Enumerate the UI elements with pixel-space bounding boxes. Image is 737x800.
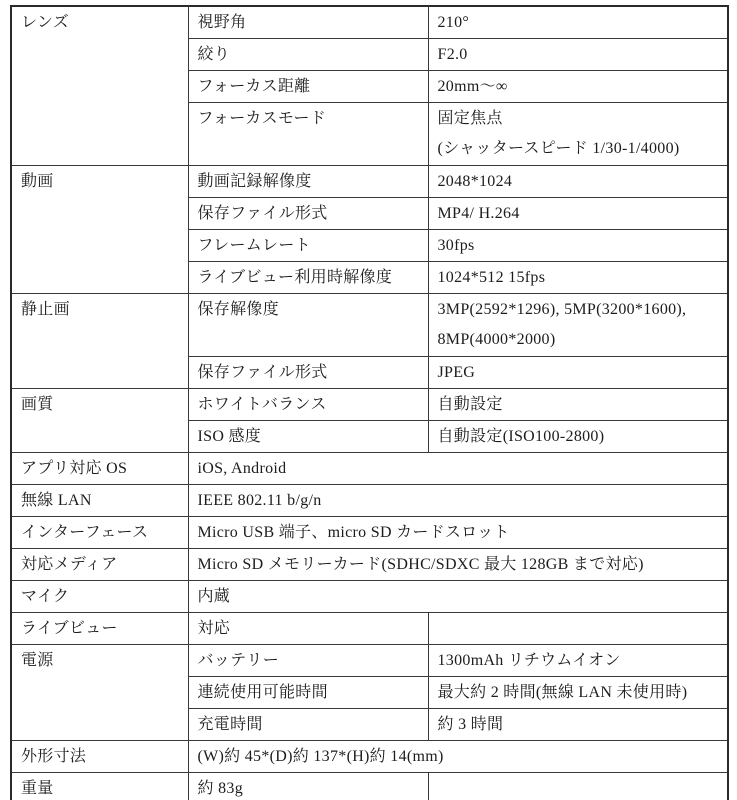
value-aperture: F2.0	[428, 39, 728, 71]
category-power: 電源	[11, 645, 188, 741]
value-microphone: 内蔵	[188, 581, 728, 613]
table-row: アプリ対応 OS iOS, Android	[11, 453, 728, 485]
label-liveview-resolution: ライブビュー利用時解像度	[188, 262, 428, 294]
label-battery: バッテリー	[188, 645, 428, 677]
category-microphone: マイク	[11, 581, 188, 613]
table-row: 重量 約 83g	[11, 773, 728, 800]
table-row: インターフェース Micro USB 端子、micro SD カードスロット	[11, 517, 728, 549]
label-still-resolution: 保存解像度	[188, 294, 428, 357]
value-white-balance: 自動設定	[428, 389, 728, 421]
category-weight: 重量	[11, 773, 188, 800]
spec-sheet-page: レンズ 視野角 210° 絞り F2.0 フォーカス距離 20mm～∞ フォーカ…	[0, 0, 737, 800]
label-still-format: 保存ファイル形式	[188, 357, 428, 389]
value-liveview: 対応	[188, 613, 428, 645]
category-image-quality: 画質	[11, 389, 188, 453]
table-row: 電源 バッテリー 1300mAh リチウムイオン	[11, 645, 728, 677]
value-battery: 1300mAh リチウムイオン	[428, 645, 728, 677]
value-media: Micro SD メモリーカード(SDHC/SDXC 最大 128GB まで対応…	[188, 549, 728, 581]
label-white-balance: ホワイトバランス	[188, 389, 428, 421]
label-frame-rate: フレームレート	[188, 230, 428, 262]
label-focus-distance: フォーカス距離	[188, 71, 428, 103]
table-row: マイク 内蔵	[11, 581, 728, 613]
value-focus-mode: 固定焦点 (シャッタースピード 1/30-1/4000)	[428, 103, 728, 166]
category-video: 動画	[11, 166, 188, 294]
category-still-image: 静止画	[11, 294, 188, 389]
label-fov: 視野角	[188, 6, 428, 39]
category-liveview: ライブビュー	[11, 613, 188, 645]
value-focus-distance: 20mm～∞	[428, 71, 728, 103]
value-video-resolution: 2048*1024	[428, 166, 728, 198]
table-row: 画質 ホワイトバランス 自動設定	[11, 389, 728, 421]
label-usage-time: 連続使用可能時間	[188, 677, 428, 709]
value-interface: Micro USB 端子、micro SD カードスロット	[188, 517, 728, 549]
table-row: レンズ 視野角 210°	[11, 6, 728, 39]
value-frame-rate: 30fps	[428, 230, 728, 262]
category-lens: レンズ	[11, 6, 188, 166]
table-row: ライブビュー 対応	[11, 613, 728, 645]
value-weight: 約 83g	[188, 773, 428, 800]
table-row: 動画 動画記録解像度 2048*1024	[11, 166, 728, 198]
table-row: 外形寸法 (W)約 45*(D)約 137*(H)約 14(mm)	[11, 741, 728, 773]
category-wireless-lan: 無線 LAN	[11, 485, 188, 517]
value-usage-time: 最大約 2 時間(無線 LAN 未使用時)	[428, 677, 728, 709]
table-row: 無線 LAN IEEE 802.11 b/g/n	[11, 485, 728, 517]
value-still-resolution: 3MP(2592*1296), 5MP(3200*1600), 8MP(4000…	[428, 294, 728, 357]
label-aperture: 絞り	[188, 39, 428, 71]
value-fov: 210°	[428, 6, 728, 39]
value-wireless-lan: IEEE 802.11 b/g/n	[188, 485, 728, 517]
label-focus-mode: フォーカスモード	[188, 103, 428, 166]
table-row: 対応メディア Micro SD メモリーカード(SDHC/SDXC 最大 128…	[11, 549, 728, 581]
label-iso: ISO 感度	[188, 421, 428, 453]
camera-spec-table: レンズ 視野角 210° 絞り F2.0 フォーカス距離 20mm～∞ フォーカ…	[10, 5, 729, 800]
value-still-format: JPEG	[428, 357, 728, 389]
label-charge-time: 充電時間	[188, 709, 428, 741]
value-video-format: MP4/ H.264	[428, 198, 728, 230]
value-charge-time: 約 3 時間	[428, 709, 728, 741]
value-app-os: iOS, Android	[188, 453, 728, 485]
category-dimensions: 外形寸法	[11, 741, 188, 773]
label-video-format: 保存ファイル形式	[188, 198, 428, 230]
category-app-os: アプリ対応 OS	[11, 453, 188, 485]
value-dimensions: (W)約 45*(D)約 137*(H)約 14(mm)	[188, 741, 728, 773]
label-video-resolution: 動画記録解像度	[188, 166, 428, 198]
category-media: 対応メディア	[11, 549, 188, 581]
table-row: 静止画 保存解像度 3MP(2592*1296), 5MP(3200*1600)…	[11, 294, 728, 357]
empty-cell	[428, 613, 728, 645]
empty-cell	[428, 773, 728, 800]
category-interface: インターフェース	[11, 517, 188, 549]
value-iso: 自動設定(ISO100-2800)	[428, 421, 728, 453]
value-liveview-resolution: 1024*512 15fps	[428, 262, 728, 294]
